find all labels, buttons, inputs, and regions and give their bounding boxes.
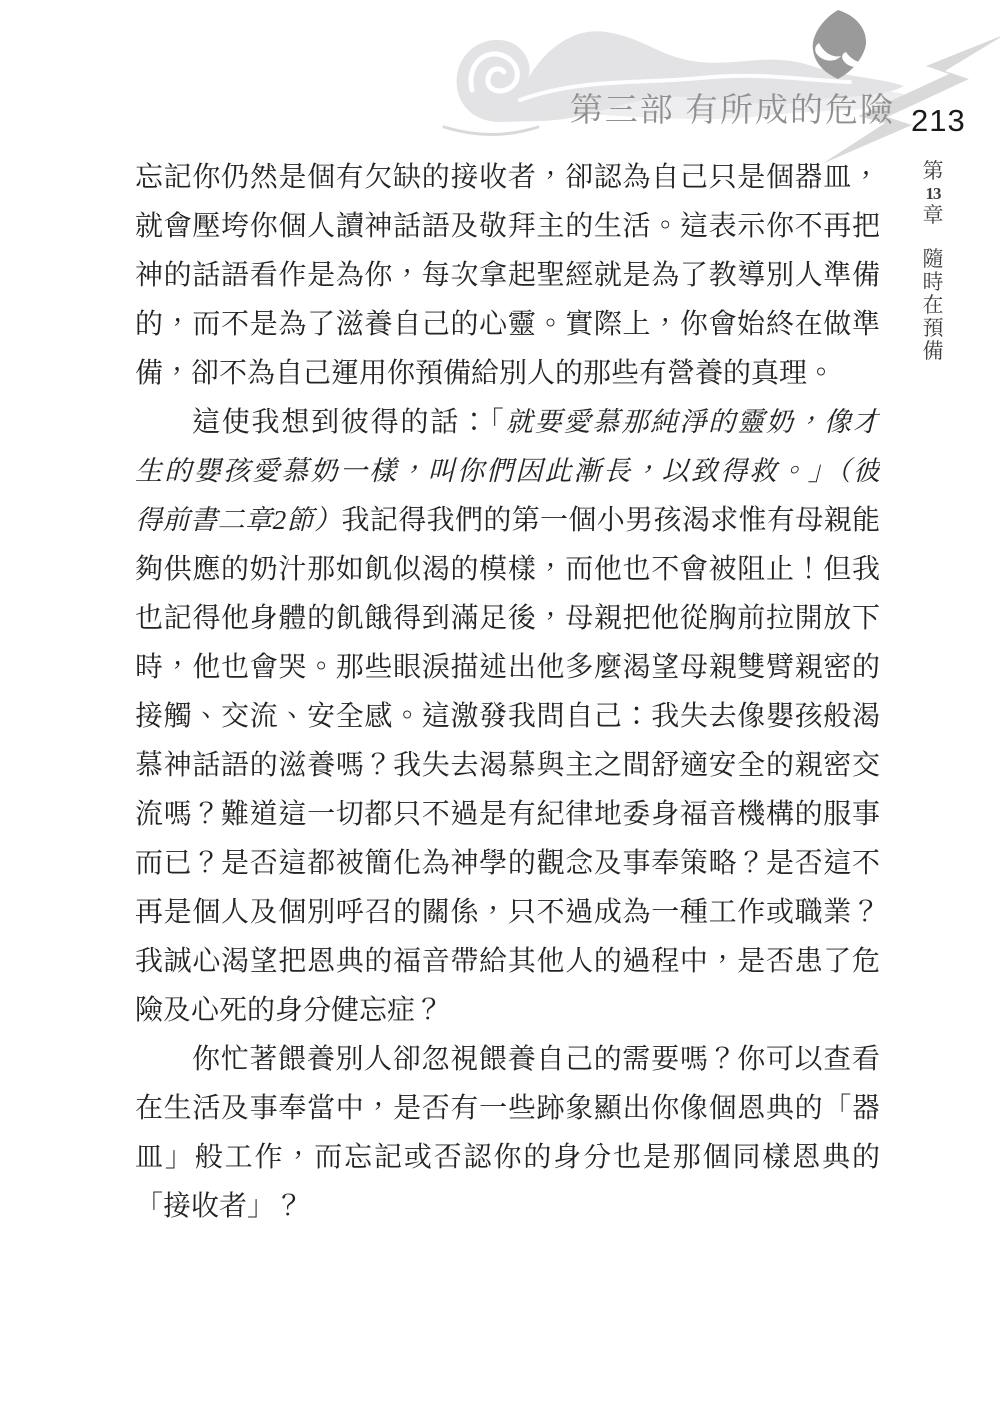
scripture-quote-segment: 得前書二章2節）: [135, 505, 342, 535]
text-segment: 這使我想到彼得的話：「: [192, 407, 506, 438]
mask-icon: [813, 10, 867, 79]
sidebar-char: 備: [923, 340, 944, 363]
text-line: 夠供應的奶汁那如飢似渴的模樣，而他也不會被阻止！但我: [135, 545, 880, 594]
text-line: 在生活及事奉當中，是否有一些跡象顯出你像個恩典的「器: [135, 1084, 880, 1133]
text-line: 我誠心渴望把恩典的福音帶給其他人的過程中，是否患了危: [135, 937, 880, 986]
sidebar-char: 在: [923, 294, 944, 317]
page-number: 213: [911, 103, 966, 139]
text-segment: 接觸、交流、安全感。這激發我問自己：我失去像嬰孩般渴: [135, 701, 880, 732]
text-segment: 備，卻不為自己運用你預備給別人的那些有營養的真理。: [135, 358, 835, 389]
text-segment: 流嗎？難道這一切都只不過是有紀律地委身福音機構的服事: [135, 799, 880, 830]
text-segment: 你忙著餵養別人卻忽視餵養自己的需要嗎？你可以查看: [192, 1044, 880, 1075]
sidebar-char: 預: [923, 317, 944, 340]
text-segment: 我誠心渴望把恩典的福音帶給其他人的過程中，是否患了危: [135, 946, 880, 977]
text-segment: 皿」般工作，而忘記或否認你的身分也是那個同樣恩典的: [135, 1142, 880, 1173]
text-segment: 險及心死的身分健忘症？: [135, 995, 443, 1026]
text-line: 而已？是否這都被簡化為神學的觀念及事奉策略？是否這不: [135, 839, 880, 888]
text-line: 再是個人及個別呼召的關係，只不過成為一種工作或職業？: [135, 888, 880, 937]
text-line: 你忙著餵養別人卻忽視餵養自己的需要嗎？你可以查看: [135, 1035, 880, 1084]
scripture-quote-segment: 生的嬰孩愛慕奶一樣，叫你們因此漸長，以致得救。」（彼: [135, 456, 880, 486]
text-segment: 夠供應的奶汁那如飢似渴的模樣，而他也不會被阻止！但我: [135, 554, 880, 585]
text-line: 生的嬰孩愛慕奶一樣，叫你們因此漸長，以致得救。」（彼: [135, 447, 880, 496]
text-line: 接觸、交流、安全感。這激發我問自己：我失去像嬰孩般渴: [135, 692, 880, 741]
text-line: 這使我想到彼得的話：「就要愛慕那純淨的靈奶，像才: [135, 398, 880, 447]
book-page: 第三部 有所成的危險 213 第13章隨時在預備 忘記你仍然是個有欠缺的接收者，…: [0, 0, 1000, 1405]
text-line: 忘記你仍然是個有欠缺的接收者，卻認為自己只是個器皿，: [135, 153, 880, 202]
sidebar-char: 隨: [923, 248, 944, 271]
text-segment: 就會壓垮你個人讀神話語及敬拜主的生活。這表示你不再把: [135, 211, 880, 242]
text-line: 就會壓垮你個人讀神話語及敬拜主的生活。這表示你不再把: [135, 202, 880, 251]
text-segment: 神的話語看作是為你，每次拿起聖經就是為了教導別人準備: [135, 260, 880, 291]
text-segment: 的，而不是為了滋養自己的心靈。實際上，你會始終在做準: [135, 309, 880, 340]
text-line: 時，他也會哭。那些眼淚描述出他多麼渴望母親雙臂親密的: [135, 643, 880, 692]
text-segment: 忘記你仍然是個有欠缺的接收者，卻認為自己只是個器皿，: [135, 162, 880, 193]
text-line: 備，卻不為自己運用你預備給別人的那些有營養的真理。: [135, 349, 880, 398]
text-line: 得前書二章2節）我記得我們的第一個小男孩渴求惟有母親能: [135, 496, 880, 545]
text-segment: 再是個人及個別呼召的關係，只不過成為一種工作或職業？: [135, 897, 880, 928]
text-segment: 我記得我們的第一個小男孩渴求惟有母親能: [342, 505, 880, 536]
scripture-quote-segment: 就要愛慕那純淨的靈奶，像才: [506, 407, 880, 437]
text-line: 的，而不是為了滋養自己的心靈。實際上，你會始終在做準: [135, 300, 880, 349]
sidebar-char: 章: [923, 204, 944, 227]
text-line: 神的話語看作是為你，每次拿起聖經就是為了教導別人準備: [135, 251, 880, 300]
text-line: 險及心死的身分健忘症？: [135, 986, 880, 1035]
chapter-sidebar: 第13章隨時在預備: [918, 160, 948, 363]
text-segment: 慕神話語的滋養嗎？我失去渴慕與主之間舒適安全的親密交: [135, 750, 880, 781]
text-segment: 在生活及事奉當中，是否有一些跡象顯出你像個恩典的「器: [135, 1093, 880, 1124]
text-line: 皿」般工作，而忘記或否認你的身分也是那個同樣恩典的: [135, 1133, 880, 1182]
body-text: 忘記你仍然是個有欠缺的接收者，卻認為自己只是個器皿，就會壓垮你個人讀神話語及敬拜…: [135, 153, 880, 1231]
text-line: 慕神話語的滋養嗎？我失去渴慕與主之間舒適安全的親密交: [135, 741, 880, 790]
text-line: 「接收者」？: [135, 1182, 880, 1231]
text-line: 也記得他身體的飢餓得到滿足後，母親把他從胸前拉開放下: [135, 594, 880, 643]
sidebar-char: 13: [926, 183, 941, 204]
sidebar-char: 時: [923, 271, 944, 294]
part-header-title: 第三部 有所成的危險: [0, 84, 895, 131]
text-segment: 時，他也會哭。那些眼淚描述出他多麼渴望母親雙臂親密的: [135, 652, 880, 683]
sidebar-char: 第: [923, 160, 944, 183]
text-segment: 也記得他身體的飢餓得到滿足後，母親把他從胸前拉開放下: [135, 603, 880, 634]
text-segment: 而已？是否這都被簡化為神學的觀念及事奉策略？是否這不: [135, 848, 880, 879]
text-segment: 「接收者」？: [135, 1191, 303, 1222]
text-line: 流嗎？難道這一切都只不過是有紀律地委身福音機構的服事: [135, 790, 880, 839]
